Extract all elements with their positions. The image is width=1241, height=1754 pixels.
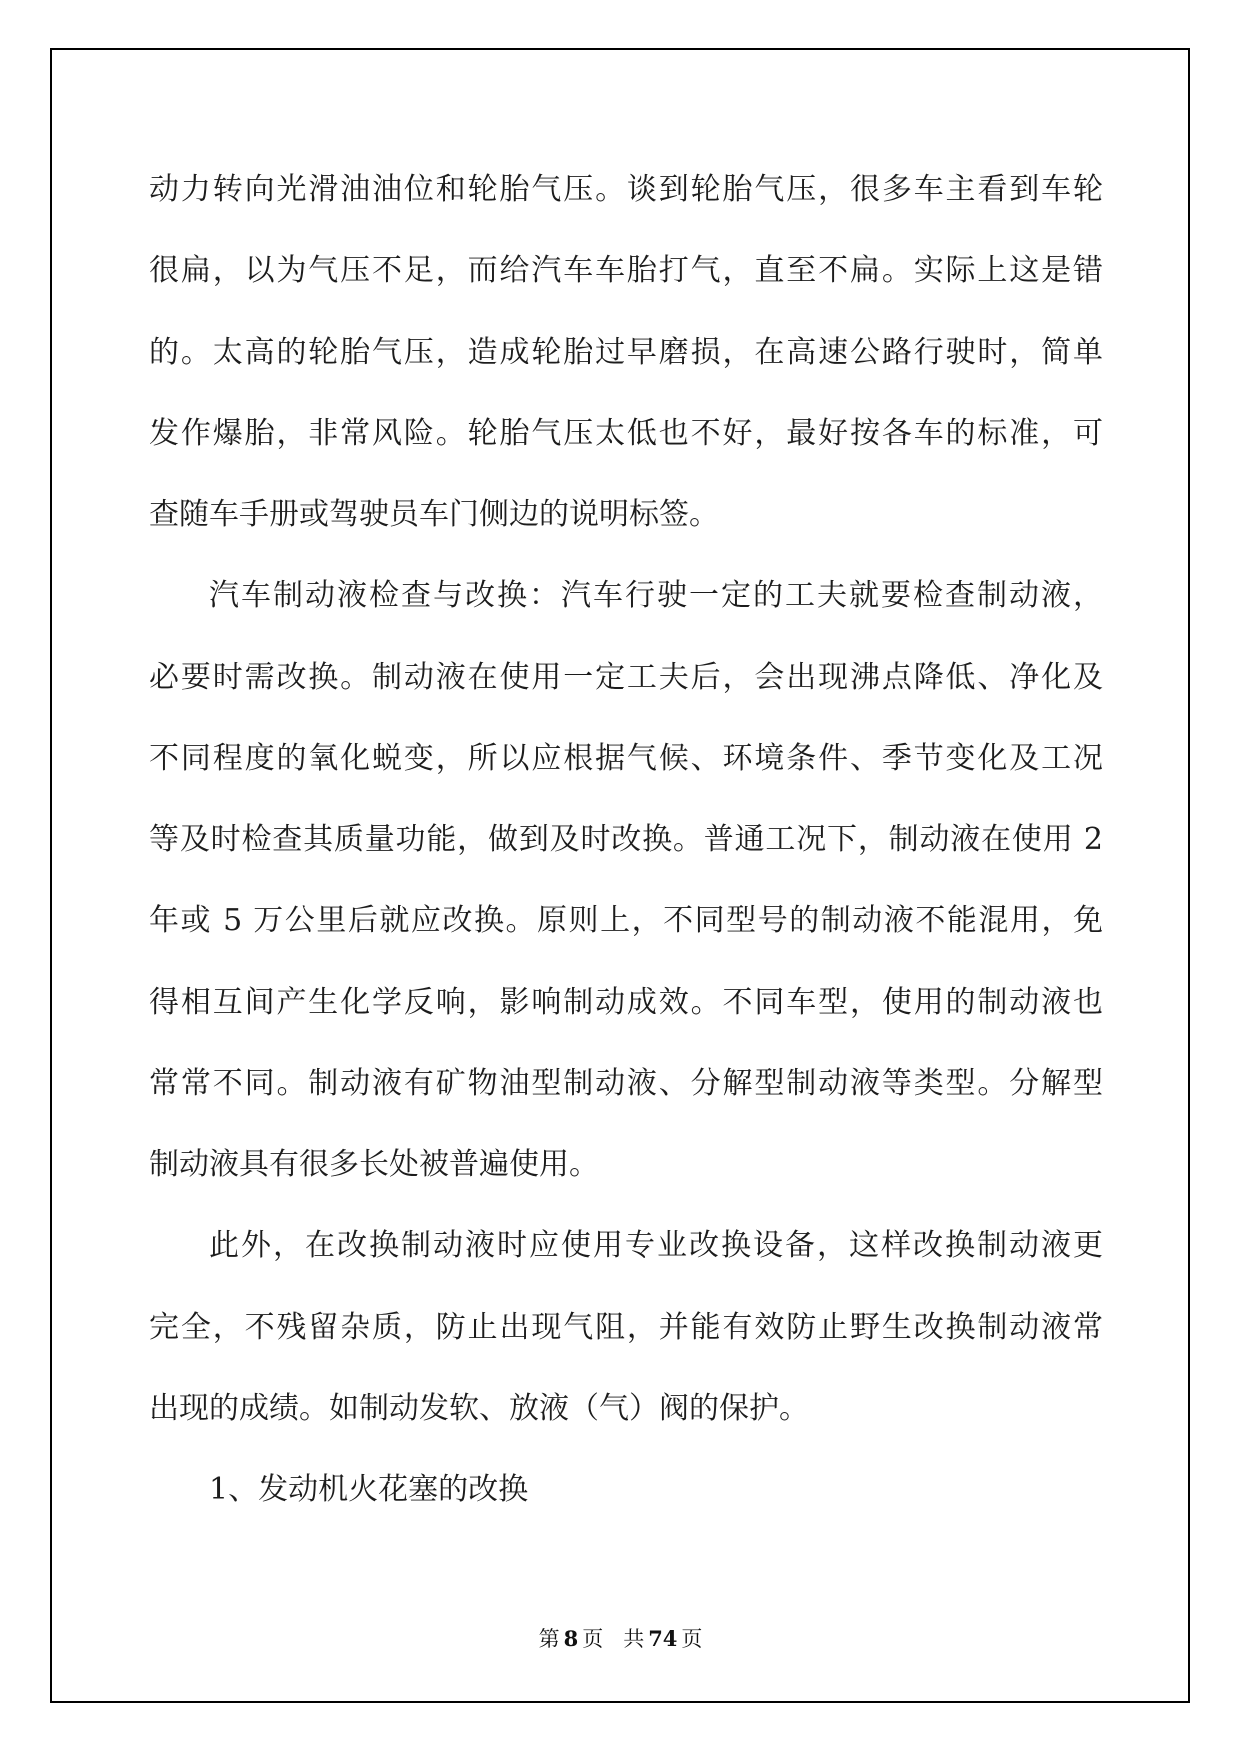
text-line: 常常不同。制动液有矿物油型制动液、分解型制动液等类型。分解型: [149, 1043, 1103, 1124]
text-line: 的。太高的轮胎气压，造成轮胎过早磨损，在高速公路行驶时，简单: [149, 312, 1103, 393]
page-footer: 第8页共74页: [0, 1624, 1241, 1654]
footer-page-label-suffix: 页: [582, 1627, 603, 1651]
text-line: 等及时检查其质量功能，做到及时改换。普通工况下，制动液在使用 2: [149, 799, 1103, 880]
text-line: 得相互间产生化学反响，影响制动成效。不同车型，使用的制动液也: [149, 962, 1103, 1043]
footer-total-label-suffix: 页: [681, 1627, 702, 1651]
text-line: 很扁，以为气压不足，而给汽车车胎打气，直至不扁。实际上这是错: [149, 230, 1103, 311]
footer-total-pages: 74: [644, 1626, 681, 1651]
document-page: 动力转向光滑油油位和轮胎气压。谈到轮胎气压，很多车主看到车轮 很扁，以为气压不足…: [0, 0, 1241, 1754]
text-line: 出现的成绩。如制动发软、放液（气）阀的保护。: [149, 1368, 1103, 1449]
text-line: 此外，在改换制动液时应使用专业改换设备，这样改换制动液更: [149, 1205, 1103, 1286]
text-line: 动力转向光滑油油位和轮胎气压。谈到轮胎气压，很多车主看到车轮: [149, 149, 1103, 230]
footer-page-number: 8: [560, 1626, 583, 1651]
footer-total-label-prefix: 共: [623, 1627, 644, 1651]
text-line: 发作爆胎，非常风险。轮胎气压太低也不好，最好按各车的标准，可: [149, 393, 1103, 474]
text-line: 汽车制动液检查与改换：汽车行驶一定的工夫就要检查制动液，: [149, 555, 1103, 636]
text-line: 年或 5 万公里后就应改换。原则上，不同型号的制动液不能混用，免: [149, 880, 1103, 961]
text-line: 必要时需改换。制动液在使用一定工夫后，会出现沸点降低、净化及: [149, 637, 1103, 718]
text-line: 不同程度的氧化蜕变，所以应根据气候、环境条件、季节变化及工况: [149, 718, 1103, 799]
text-line: 完全，不残留杂质，防止出现气阻，并能有效防止野生改换制动液常: [149, 1287, 1103, 1368]
document-body: 动力转向光滑油油位和轮胎气压。谈到轮胎气压，很多车主看到车轮 很扁，以为气压不足…: [149, 149, 1103, 1530]
text-line: 制动液具有很多长处被普遍使用。: [149, 1124, 1103, 1205]
text-line: 1、发动机火花塞的改换: [149, 1449, 1103, 1530]
footer-page-label-prefix: 第: [539, 1627, 560, 1651]
text-line: 查随车手册或驾驶员车门侧边的说明标签。: [149, 474, 1103, 555]
